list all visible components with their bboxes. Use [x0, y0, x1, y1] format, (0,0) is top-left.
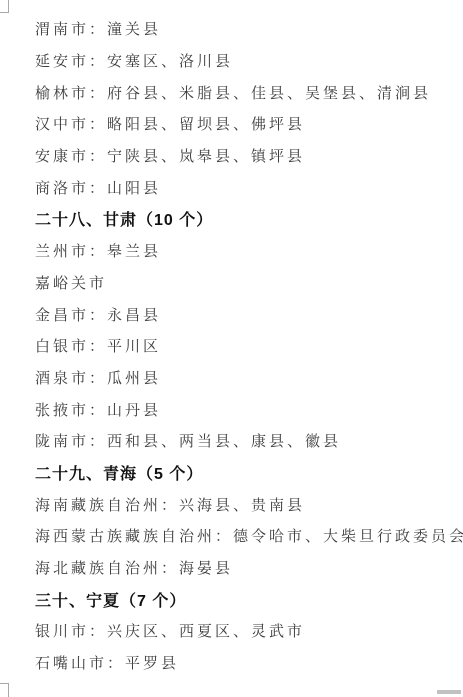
section-header: 二十八、甘肃（10 个）: [35, 203, 455, 235]
document-line: 榆林市：府谷县、米脂县、佳县、吴堡县、清涧县: [35, 76, 455, 108]
document-line: 海西蒙古族藏族自治州：德令哈市、大柴旦行政委员会: [35, 520, 455, 552]
document-line: 海北藏族自治州：海晏县: [35, 552, 455, 584]
document-line: 汉中市：略阳县、留坝县、佛坪县: [35, 108, 455, 140]
document-line: 石嘴山市：平罗县: [35, 647, 455, 679]
document-line: 银川市：兴庆区、西夏区、灵武市: [35, 615, 455, 647]
document-line: 兰州市：皋兰县: [35, 235, 455, 267]
document-line: 延安市：安塞区、洛川县: [35, 45, 455, 77]
document-line: 嘉峪关市: [35, 267, 455, 299]
section-header: 二十九、青海（5 个）: [35, 457, 455, 489]
document-line: 金昌市：永昌县: [35, 298, 455, 330]
section-header: 三十、宁夏（7 个）: [35, 583, 455, 615]
text-boundary-mark-bottom-left: [0, 683, 9, 697]
horizontal-scrollbar-thumb[interactable]: [437, 690, 461, 694]
document-line: 白银市：平川区: [35, 330, 455, 362]
document-line: 渭南市：潼关县: [35, 13, 455, 45]
document-line: 陇南市：西和县、两当县、康县、徽县: [35, 425, 455, 457]
document-content: 渭南市：潼关县延安市：安塞区、洛川县榆林市：府谷县、米脂县、佳县、吴堡县、清涧县…: [0, 0, 463, 678]
document-line: 海南藏族自治州：兴海县、贵南县: [35, 488, 455, 520]
document-line: 安康市：宁陕县、岚皋县、镇坪县: [35, 140, 455, 172]
document-line: 张掖市：山丹县: [35, 393, 455, 425]
document-line: 酒泉市：瓜州县: [35, 362, 455, 394]
document-line: 商洛市：山阳县: [35, 171, 455, 203]
document-page: 渭南市：潼关县延安市：安塞区、洛川县榆林市：府谷县、米脂县、佳县、吴堡县、清涧县…: [0, 0, 463, 697]
